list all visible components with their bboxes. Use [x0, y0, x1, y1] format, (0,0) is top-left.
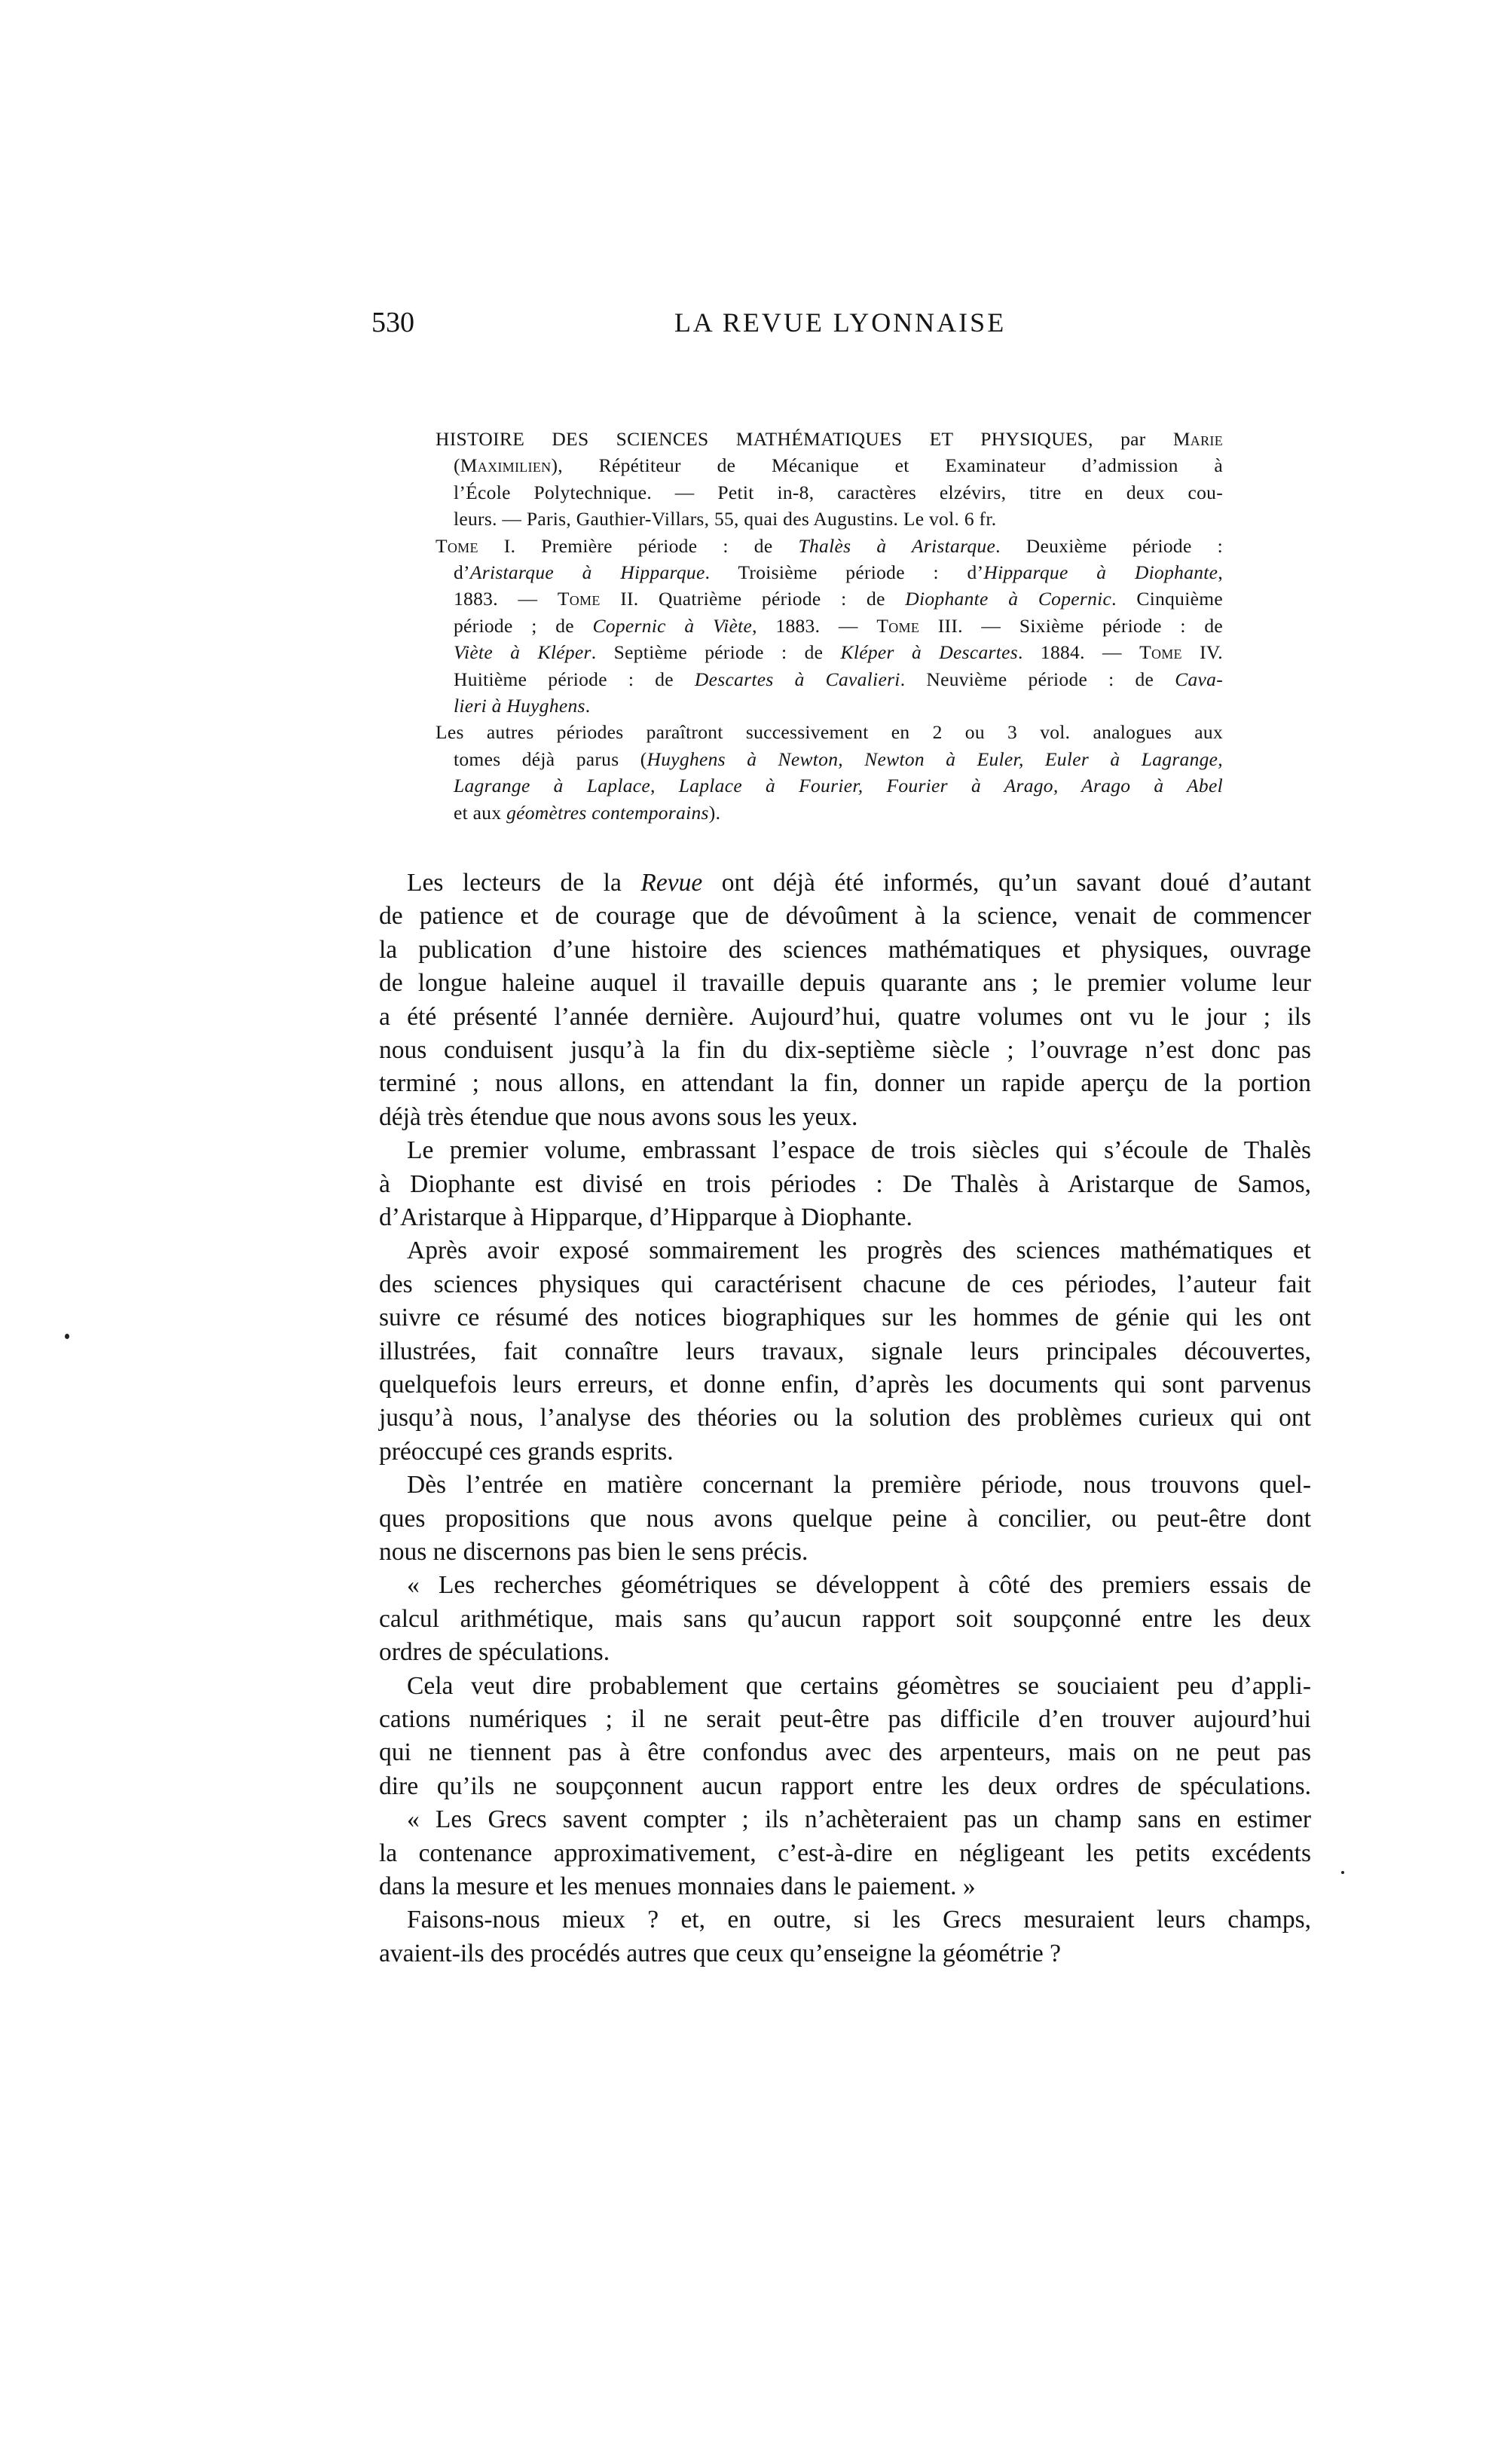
- body-line: Les lecteurs de la Revue ont déjà été in…: [407, 868, 1311, 898]
- text-run: .: [585, 695, 591, 717]
- body-line: Le premier volume, embrassant l’espace d…: [407, 1136, 1311, 1166]
- body-line: dire qu’ils ne soupçonnent aucun rapport…: [379, 1772, 1311, 1802]
- text-run: Le premier volume, embrassant l’espace d…: [407, 1136, 1311, 1164]
- running-title: LA REVUE LYONNAISE: [648, 307, 1032, 338]
- text-run: à Diophante est divisé en trois périodes…: [379, 1170, 1311, 1198]
- text-run: a été présenté l’année dernière. Aujourd…: [379, 1003, 1311, 1031]
- italic-text: Hipparque à Diophante: [983, 561, 1218, 583]
- text-run: préoccupé ces grands esprits.: [379, 1438, 674, 1466]
- text-run: de patience et de courage que de dévoûme…: [379, 902, 1311, 930]
- text-run: . Neuvième période : de: [900, 668, 1175, 690]
- italic-text: Aristarque à Hipparque: [470, 561, 705, 583]
- text-run: Après avoir exposé sommairement les prog…: [407, 1237, 1311, 1264]
- text-run: Les autres périodes paraîtront successiv…: [436, 721, 1223, 743]
- small-caps-text: Tome: [558, 588, 601, 610]
- italic-text: Viète à Kléper: [454, 641, 591, 663]
- text-run: tomes déjà parus (: [454, 748, 647, 770]
- text-run: . Deuxième période :: [995, 535, 1223, 557]
- text-run: 1883. —: [454, 588, 558, 610]
- body-line: quelquefois leurs erreurs, et donne enfi…: [379, 1370, 1311, 1400]
- document-page: 530 LA REVUE LYONNAISE HISTOIRE DES SCIE…: [0, 0, 1510, 2464]
- body-line: a été présenté l’année dernière. Aujourd…: [379, 1002, 1311, 1032]
- italic-text: géomètres contemporains: [506, 802, 709, 824]
- text-run: suivre ce résumé des notices biographiqu…: [379, 1304, 1311, 1331]
- body-line: nous ne discernons pas bien le sens préc…: [379, 1537, 1311, 1567]
- text-run: Les lecteurs de la: [407, 869, 640, 897]
- text-run: « Les recherches géométriques se dévelop…: [407, 1571, 1311, 1599]
- text-run: calcul arithmétique, mais sans qu’aucun …: [379, 1605, 1311, 1633]
- small-caps-text: Marie: [1173, 428, 1223, 450]
- body-line: Cela veut dire probablement que certains…: [407, 1671, 1311, 1701]
- notice-line: Huitième période : de Descartes à Cavali…: [454, 668, 1223, 691]
- notice-line: 1883. — Tome II. Quatrième période : de …: [454, 588, 1223, 610]
- small-caps-text: Maximilien: [460, 454, 552, 476]
- italic-text: Revue: [640, 869, 702, 897]
- notice-line: tomes déjà parus (Huyghens à Newton, New…: [454, 748, 1223, 771]
- body-line: suivre ce résumé des notices biographiqu…: [379, 1303, 1311, 1333]
- scan-speck: [1341, 1871, 1344, 1874]
- text-run: . Cinquième: [1111, 588, 1223, 610]
- italic-text: Copernic à Viète: [593, 615, 753, 637]
- text-run: ), Répétiteur de Mécanique et Examinateu…: [551, 454, 1223, 476]
- small-caps-text: Tome: [876, 615, 919, 637]
- text-run: période ; de: [454, 615, 593, 637]
- text-run: (: [454, 454, 460, 476]
- text-run: , 1883. —: [752, 615, 876, 637]
- body-line: de longue haleine auquel il travaille de…: [379, 968, 1311, 998]
- notice-line: lieri à Huyghens.: [454, 695, 1223, 717]
- notice-line: d’Aristarque à Hipparque. Troisième péri…: [454, 561, 1223, 584]
- text-run: dans la mesure et les menues monnaies da…: [379, 1872, 976, 1900]
- text-run: ).: [709, 802, 720, 824]
- scan-speck: [65, 1334, 69, 1339]
- body-line: de patience et de courage que de dévoûme…: [379, 901, 1311, 931]
- text-run: Huitième période : de: [454, 668, 695, 690]
- text-run: la publication d’une histoire des scienc…: [379, 936, 1311, 964]
- text-run: terminé ; nous allons, en attendant la f…: [379, 1069, 1311, 1097]
- text-run: jusqu’à nous, l’analyse des théories ou …: [379, 1404, 1311, 1432]
- body-line: d’Aristarque à Hipparque, d’Hipparque à …: [379, 1203, 1311, 1233]
- text-run: HISTOIRE DES SCIENCES MATHÉMATIQUES ET P…: [436, 428, 1173, 450]
- text-run: leurs. — Paris, Gauthier-Villars, 55, qu…: [454, 508, 996, 530]
- body-line: « Les Grecs savent compter ; ils n’achèt…: [407, 1805, 1311, 1835]
- text-run: IV.: [1182, 641, 1223, 663]
- body-line: ques propositions que nous avons quelque…: [379, 1504, 1311, 1534]
- body-line: avaient-ils des procédés autres que ceux…: [379, 1939, 1311, 1969]
- notice-line: Les autres périodes paraîtront successiv…: [436, 721, 1223, 744]
- body-line: des sciences physiques qui caractérisent…: [379, 1270, 1311, 1300]
- text-run: II. Quatrième période : de: [601, 588, 906, 610]
- text-run: . 1884. —: [1018, 641, 1139, 663]
- text-run: l’École Polytechnique. — Petit in-8, car…: [454, 481, 1223, 503]
- text-run: de longue haleine auquel il travaille de…: [379, 969, 1311, 997]
- body-line: la publication d’une histoire des scienc…: [379, 935, 1311, 965]
- text-run: ques propositions que nous avons quelque…: [379, 1505, 1311, 1533]
- italic-text: Descartes à Cavalieri: [695, 668, 900, 690]
- italic-text: Diophante à Copernic: [905, 588, 1111, 610]
- text-run: « Les Grecs savent compter ; ils n’achèt…: [407, 1805, 1311, 1833]
- italic-text: lieri à Huyghens: [454, 695, 585, 717]
- small-caps-text: Tome: [1139, 641, 1182, 663]
- body-line: nous conduisent jusqu’à la fin du dix-se…: [379, 1035, 1311, 1065]
- notice-line: (Maximilien), Répétiteur de Mécanique et…: [454, 454, 1223, 477]
- body-line: préoccupé ces grands esprits.: [379, 1437, 1311, 1467]
- body-line: ordres de spéculations.: [379, 1637, 1311, 1668]
- body-line: jusqu’à nous, l’analyse des théories ou …: [379, 1403, 1311, 1433]
- text-run: déjà très étendue que nous avons sous le…: [379, 1103, 857, 1131]
- text-run: dire qu’ils ne soupçonnent aucun rapport…: [379, 1772, 1311, 1800]
- text-run: et aux: [454, 802, 506, 824]
- body-line: illustrées, fait connaître leurs travaux…: [379, 1337, 1311, 1367]
- italic-text: Huyghens à Newton, Newton à Euler, Euler…: [647, 748, 1223, 770]
- body-line: déjà très étendue que nous avons sous le…: [379, 1102, 1311, 1133]
- text-run: nous conduisent jusqu’à la fin du dix-se…: [379, 1036, 1311, 1064]
- text-run: Faisons-nous mieux ? et, en outre, si le…: [407, 1906, 1311, 1934]
- text-run: quelquefois leurs erreurs, et donne enfi…: [379, 1371, 1311, 1399]
- notice-line: Lagrange à Laplace, Laplace à Fourier, F…: [454, 775, 1223, 797]
- text-run: la contenance approximativement, c’est-à…: [379, 1839, 1311, 1867]
- notice-line: Viète à Kléper. Septième période : de Kl…: [454, 641, 1223, 664]
- text-run: illustrées, fait connaître leurs travaux…: [379, 1337, 1311, 1365]
- notice-line: l’École Polytechnique. — Petit in-8, car…: [454, 481, 1223, 504]
- notice-line: et aux géomètres contemporains).: [454, 802, 1223, 824]
- body-line: à Diophante est divisé en trois périodes…: [379, 1169, 1311, 1200]
- italic-text: Lagrange à Laplace, Laplace à Fourier, F…: [454, 775, 1223, 796]
- body-line: terminé ; nous allons, en attendant la f…: [379, 1068, 1311, 1099]
- text-run: III. — Sixième période : de: [919, 615, 1223, 637]
- italic-text: Thalès à Aristarque: [798, 535, 995, 557]
- text-run: Dès l’entrée en matière concernant la pr…: [407, 1471, 1311, 1499]
- text-run: des sciences physiques qui caractérisent…: [379, 1270, 1311, 1298]
- text-run: d’: [454, 561, 470, 583]
- text-run: . Septième période : de: [591, 641, 841, 663]
- body-line: Dès l’entrée en matière concernant la pr…: [407, 1470, 1311, 1500]
- text-run: ordres de spéculations.: [379, 1638, 610, 1666]
- text-run: . Troisième période : d’: [705, 561, 984, 583]
- notice-line: Tome I. Première période : de Thalès à A…: [436, 535, 1223, 558]
- body-line: Après avoir exposé sommairement les prog…: [407, 1236, 1311, 1266]
- notice-line: HISTOIRE DES SCIENCES MATHÉMATIQUES ET P…: [436, 428, 1223, 451]
- small-caps-text: Tome: [436, 535, 478, 557]
- body-line: Faisons-nous mieux ? et, en outre, si le…: [407, 1905, 1311, 1935]
- italic-text: Kléper à Descartes: [841, 641, 1018, 663]
- text-run: d’Aristarque à Hipparque, d’Hipparque à …: [379, 1203, 912, 1231]
- body-line: dans la mesure et les menues monnaies da…: [379, 1872, 1311, 1902]
- text-run: I. Première période : de: [478, 535, 799, 557]
- italic-text: Cava-: [1175, 668, 1223, 690]
- body-line: qui ne tiennent pas à être confondus ave…: [379, 1738, 1311, 1768]
- text-run: ,: [1218, 561, 1223, 583]
- text-run: qui ne tiennent pas à être confondus ave…: [379, 1738, 1311, 1766]
- body-line: la contenance approximativement, c’est-à…: [379, 1839, 1311, 1869]
- text-run: avaient-ils des procédés autres que ceux…: [379, 1940, 1061, 1967]
- notice-line: période ; de Copernic à Viète, 1883. — T…: [454, 615, 1223, 637]
- text-run: cations numériques ; il ne serait peut-ê…: [379, 1705, 1311, 1733]
- body-line: cations numériques ; il ne serait peut-ê…: [379, 1704, 1311, 1735]
- body-line: « Les recherches géométriques se dévelop…: [407, 1570, 1311, 1600]
- body-line: calcul arithmétique, mais sans qu’aucun …: [379, 1604, 1311, 1634]
- text-run: ont déjà été informés, qu’un savant doué…: [702, 869, 1311, 897]
- notice-line: leurs. — Paris, Gauthier-Villars, 55, qu…: [454, 508, 1223, 530]
- page-number: 530: [371, 307, 414, 338]
- text-run: Cela veut dire probablement que certains…: [407, 1672, 1311, 1700]
- text-run: nous ne discernons pas bien le sens préc…: [379, 1538, 808, 1566]
